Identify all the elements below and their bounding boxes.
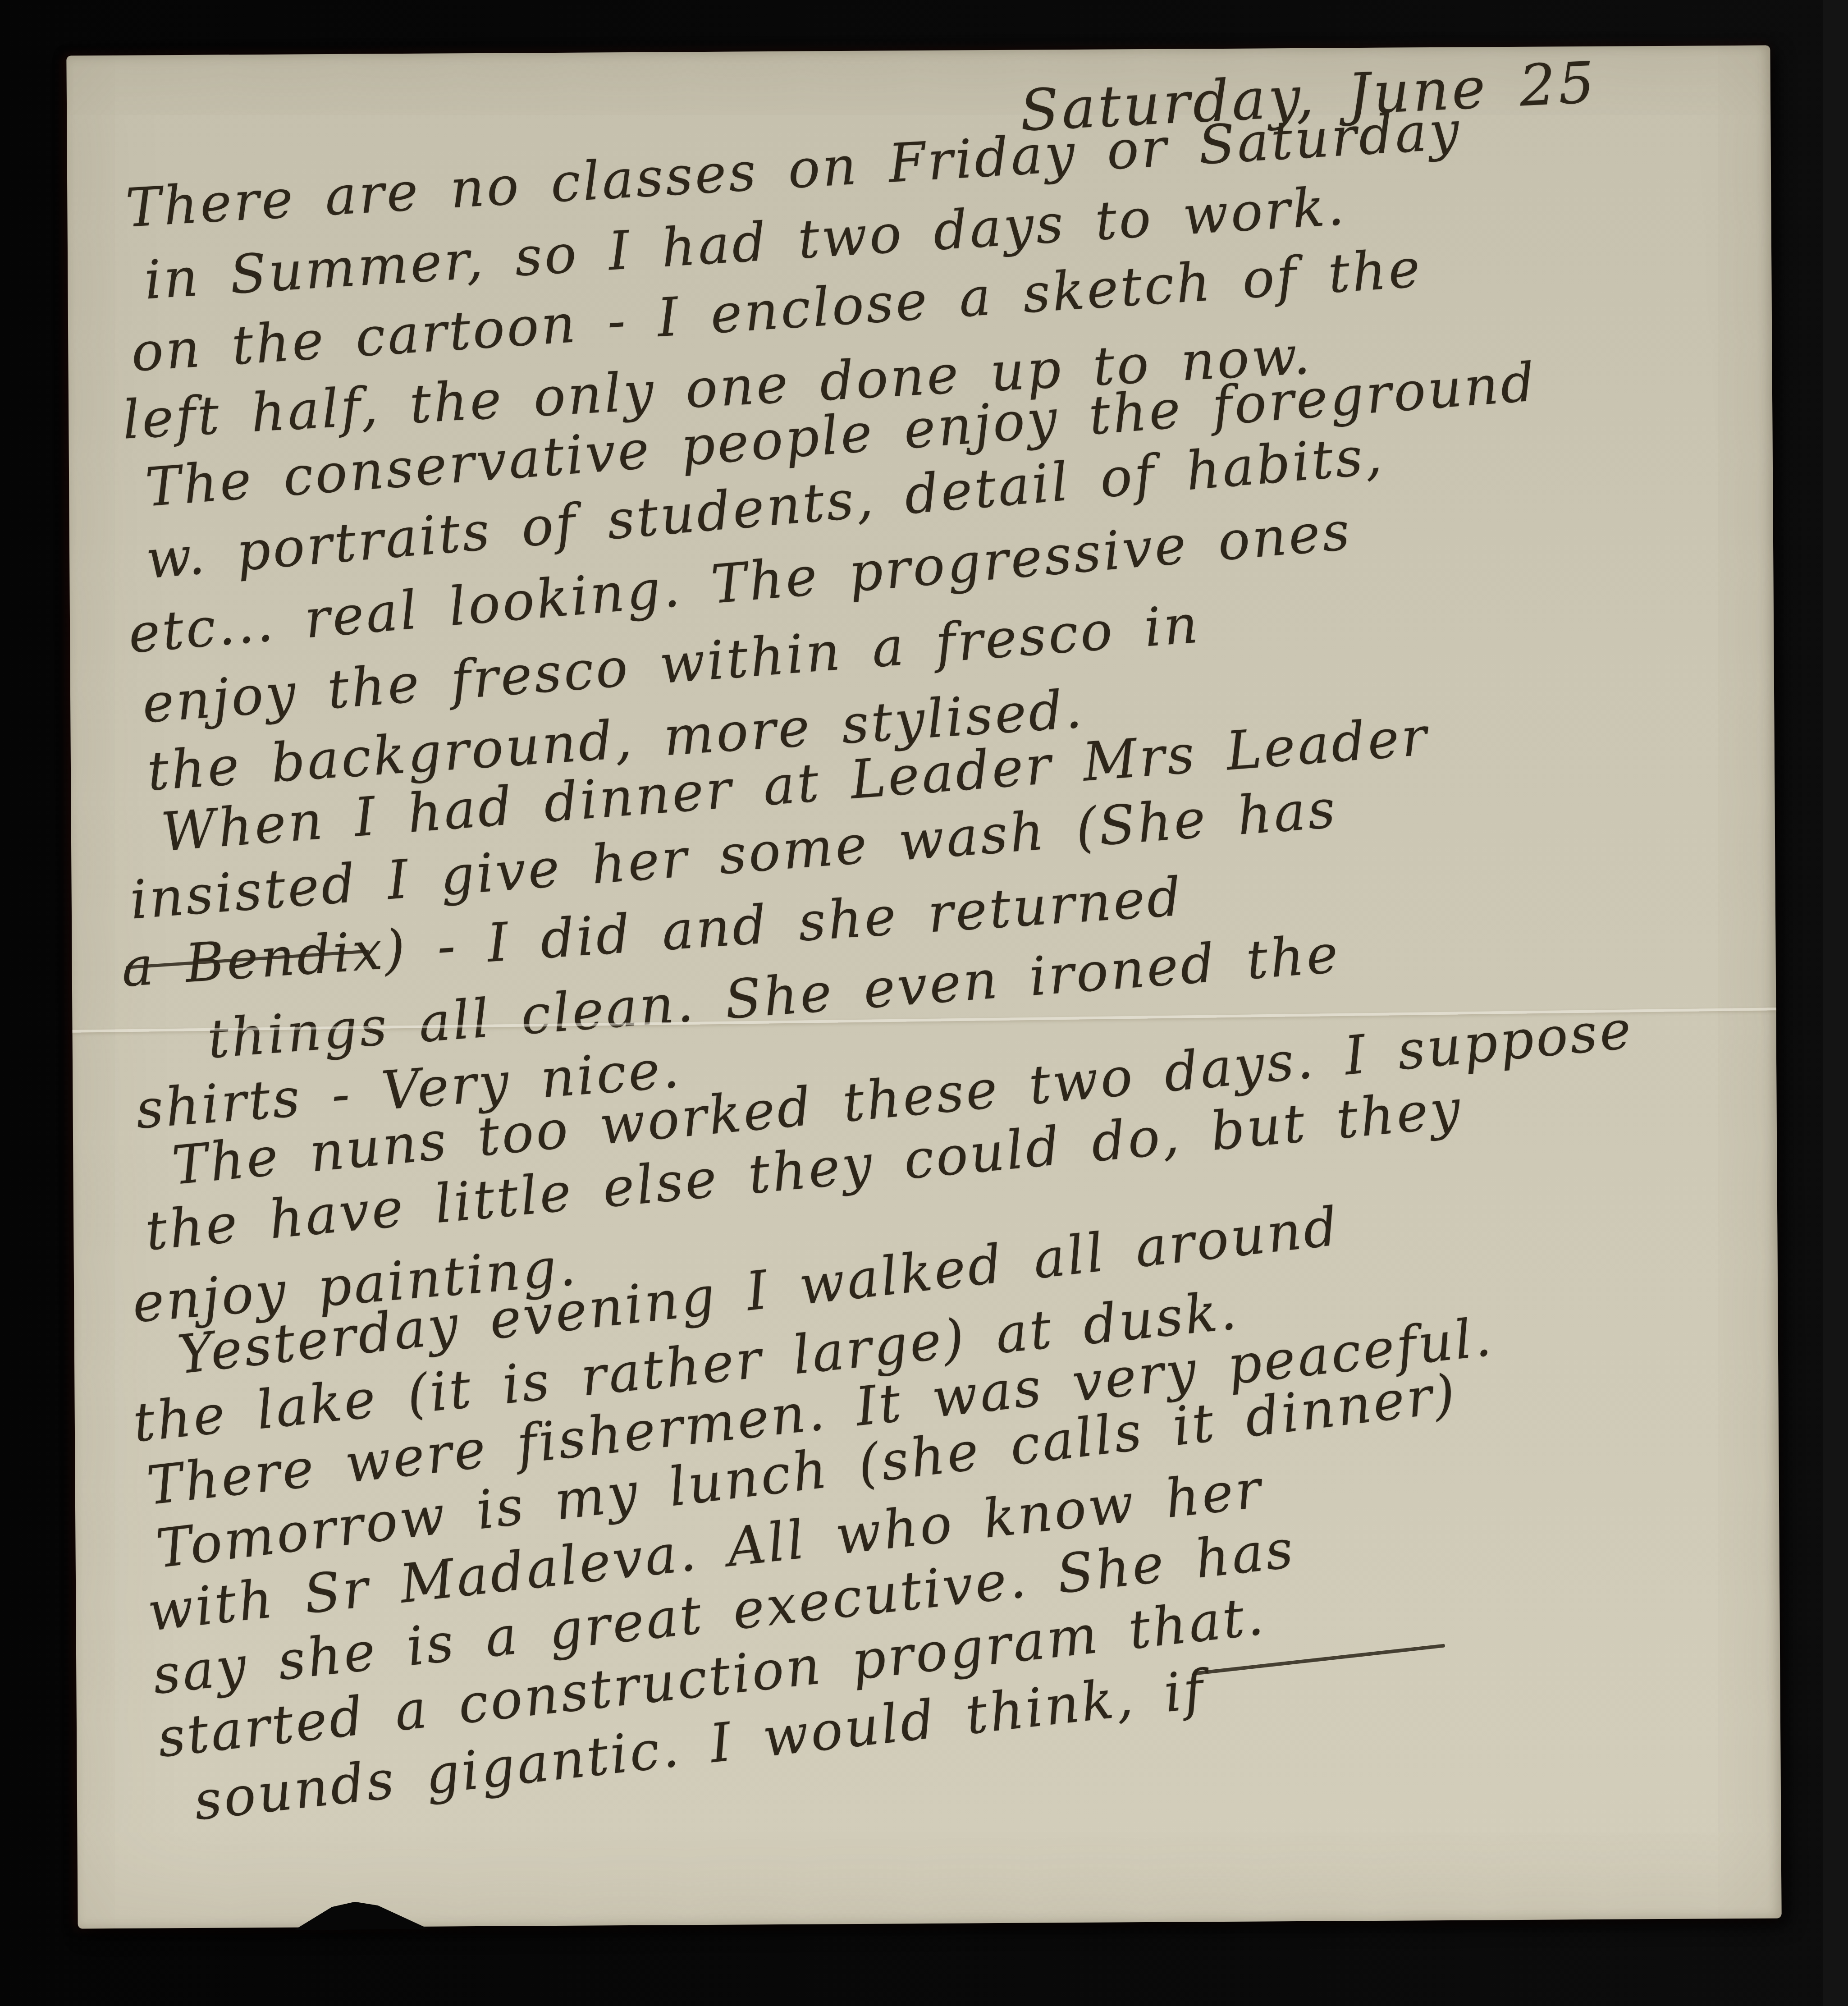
scan-background: Saturday, June 25 There are no classes o…	[0, 0, 1848, 2006]
scan-right-border	[1823, 0, 1848, 2006]
paper-edge-notch	[294, 1901, 429, 1930]
letter-page: Saturday, June 25 There are no classes o…	[66, 45, 1781, 1928]
